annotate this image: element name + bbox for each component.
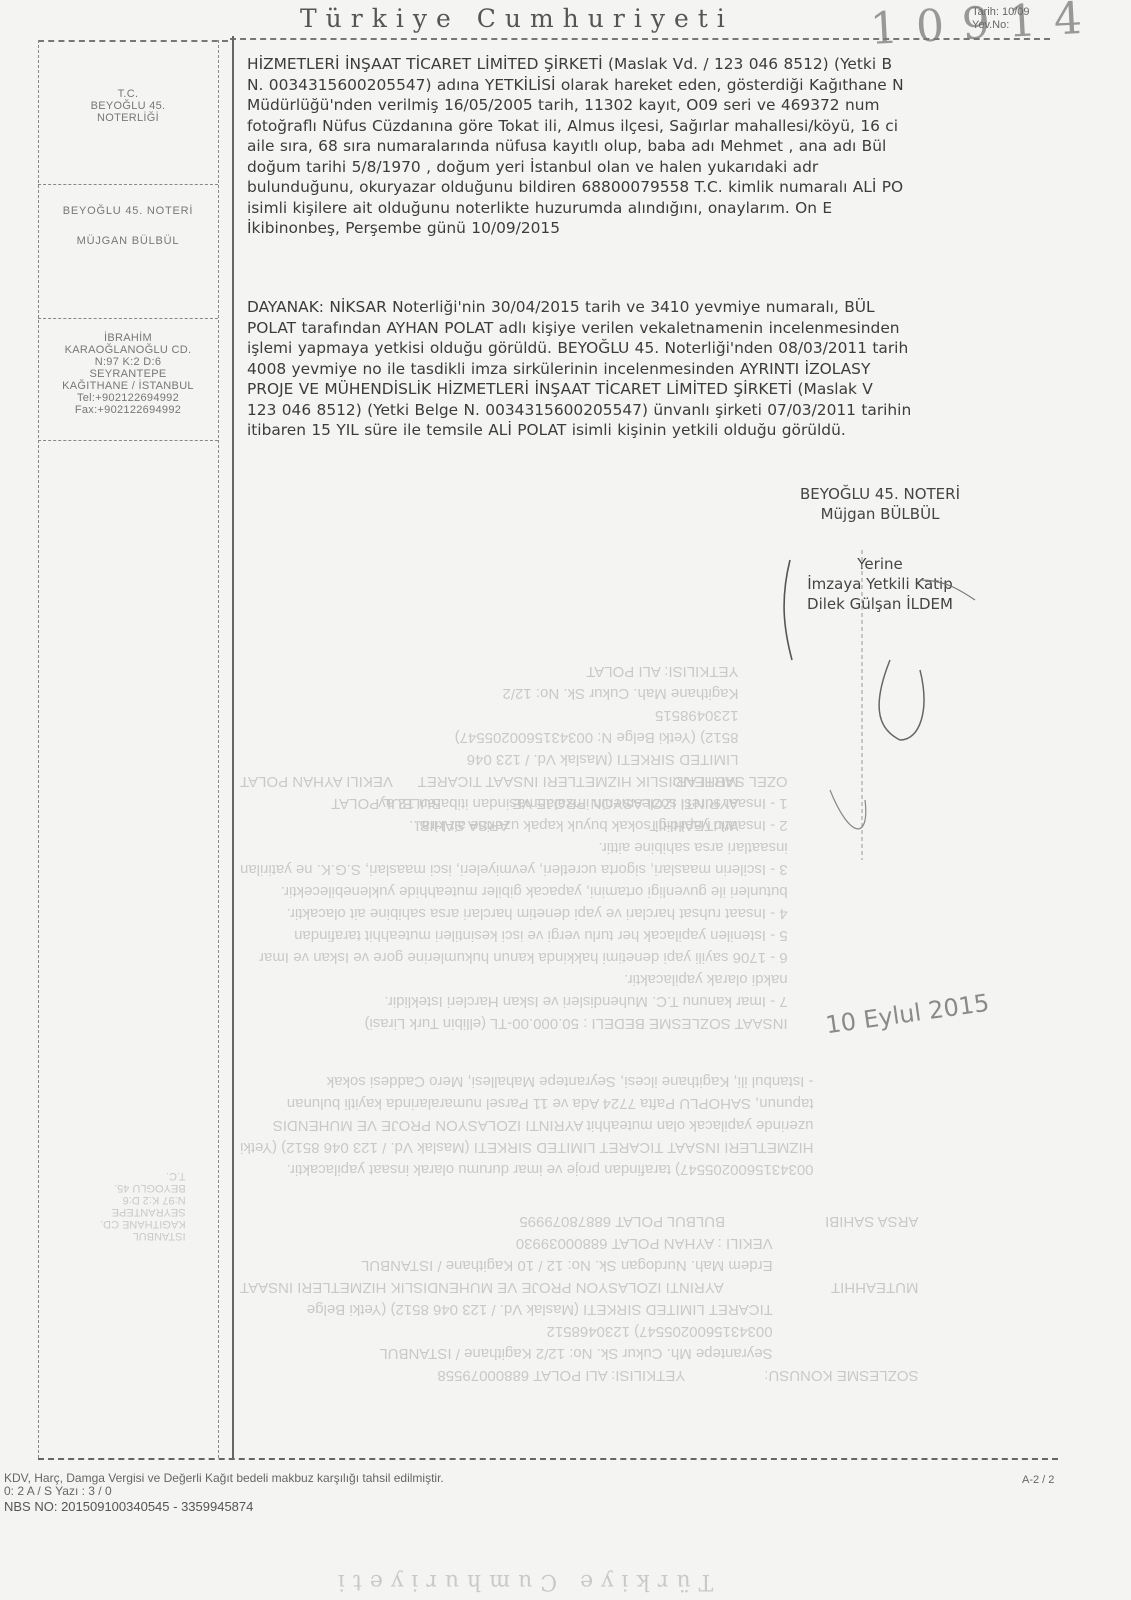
notary-title: BEYOĞLU 45. NOTERİ — [740, 484, 1020, 504]
header-rule — [230, 38, 1050, 40]
notary-document-page: Türkiye Cumhuriyeti 10914 Tarih: 10/09 Y… — [0, 0, 1131, 1600]
bottom-rule — [38, 1458, 1058, 1460]
bleed-through-texture: SOZLESME KONUSU: YETKILISI: ALI POLAT 68… — [240, 1210, 918, 1386]
office-line: BEYOĞLU 45. — [38, 100, 218, 112]
fax-line: Fax:+902122694992 — [38, 404, 218, 416]
nbs-number: NBS NO: 201509100340545 - 3359945874 — [4, 1500, 444, 1513]
signature-scribble-icon — [770, 540, 990, 870]
yevmiye-label: Yev.No: — [972, 19, 1029, 32]
certification-paragraph: HİZMETLERİ İNŞAAT TİCARET LİMİTED ŞİRKET… — [247, 54, 1077, 259]
sidebar-office: T.C. BEYOĞLU 45. NOTERLİĞİ — [38, 88, 218, 124]
bleed-through-texture: 0034315600205547) tarafindan proje ve im… — [240, 1070, 814, 1180]
address-line: KAĞITHANE / İSTANBUL — [38, 380, 218, 392]
address-line: SEYRANTEPE — [38, 368, 218, 380]
address-line: N:97 K:2 D:6 — [38, 356, 218, 368]
bleed-through-texture: INSAAT SOZLESME BEDELI : 50.000.00-TL (e… — [240, 770, 788, 1034]
address-line: İBRAHİM — [38, 332, 218, 344]
body-divider — [232, 36, 234, 1458]
bleed-through-header: Türkiye Cumhuriyeti — [330, 1570, 713, 1592]
footer: KDV, Harç, Damga Vergisi ve Değerli Kağı… — [4, 1472, 444, 1513]
notary-name-line: MÜJGAN BÜLBÜL — [38, 226, 218, 256]
notary-name: Müjgan BÜLBÜL — [740, 504, 1020, 524]
office-line: NOTERLİĞİ — [38, 112, 218, 124]
bleed-through-texture: ISTANBUL KAGITHANE CD. SEYRANTEPE N:97 K… — [100, 1170, 186, 1242]
page-reference: A-2 / 2 — [1022, 1474, 1054, 1486]
address-line: KARAOĞLANOĞLU CD. — [38, 344, 218, 356]
sidebar-divider — [218, 40, 219, 1458]
office-line: T.C. — [38, 88, 218, 100]
document-code: 0: 2 A / S Yazı : 3 / 0 — [4, 1485, 444, 1498]
header-meta: Tarih: 10/09 Yev.No: — [972, 6, 1029, 32]
date-label: Tarih: 10/09 — [972, 6, 1029, 19]
sidebar-separator — [38, 318, 218, 319]
sidebar-separator — [38, 440, 218, 441]
sidebar-address: İBRAHİM KARAOĞLANOĞLU CD. N:97 K:2 D:6 S… — [38, 332, 218, 416]
sidebar-notary: BEYOĞLU 45. NOTERİ MÜJGAN BÜLBÜL — [38, 196, 218, 256]
notary-office-line: BEYOĞLU 45. NOTERİ — [38, 196, 218, 226]
header-title: Türkiye Cumhuriyeti — [300, 4, 734, 33]
sidebar-top-rule — [38, 40, 228, 42]
basis-paragraph: DAYANAK: NİKSAR Noterliği'nin 30/04/2015… — [247, 297, 1077, 461]
paragraph-2: DAYANAK: NİKSAR Noterliği'nin 30/04/2015… — [247, 297, 1077, 441]
date-stamp: 10 Eylul 2015 — [824, 989, 991, 1040]
sidebar-separator — [38, 184, 218, 185]
phone-line: Tel:+902122694992 — [38, 392, 218, 404]
paragraph-1: HİZMETLERİ İNŞAAT TİCARET LİMİTED ŞİRKET… — [247, 54, 1077, 239]
